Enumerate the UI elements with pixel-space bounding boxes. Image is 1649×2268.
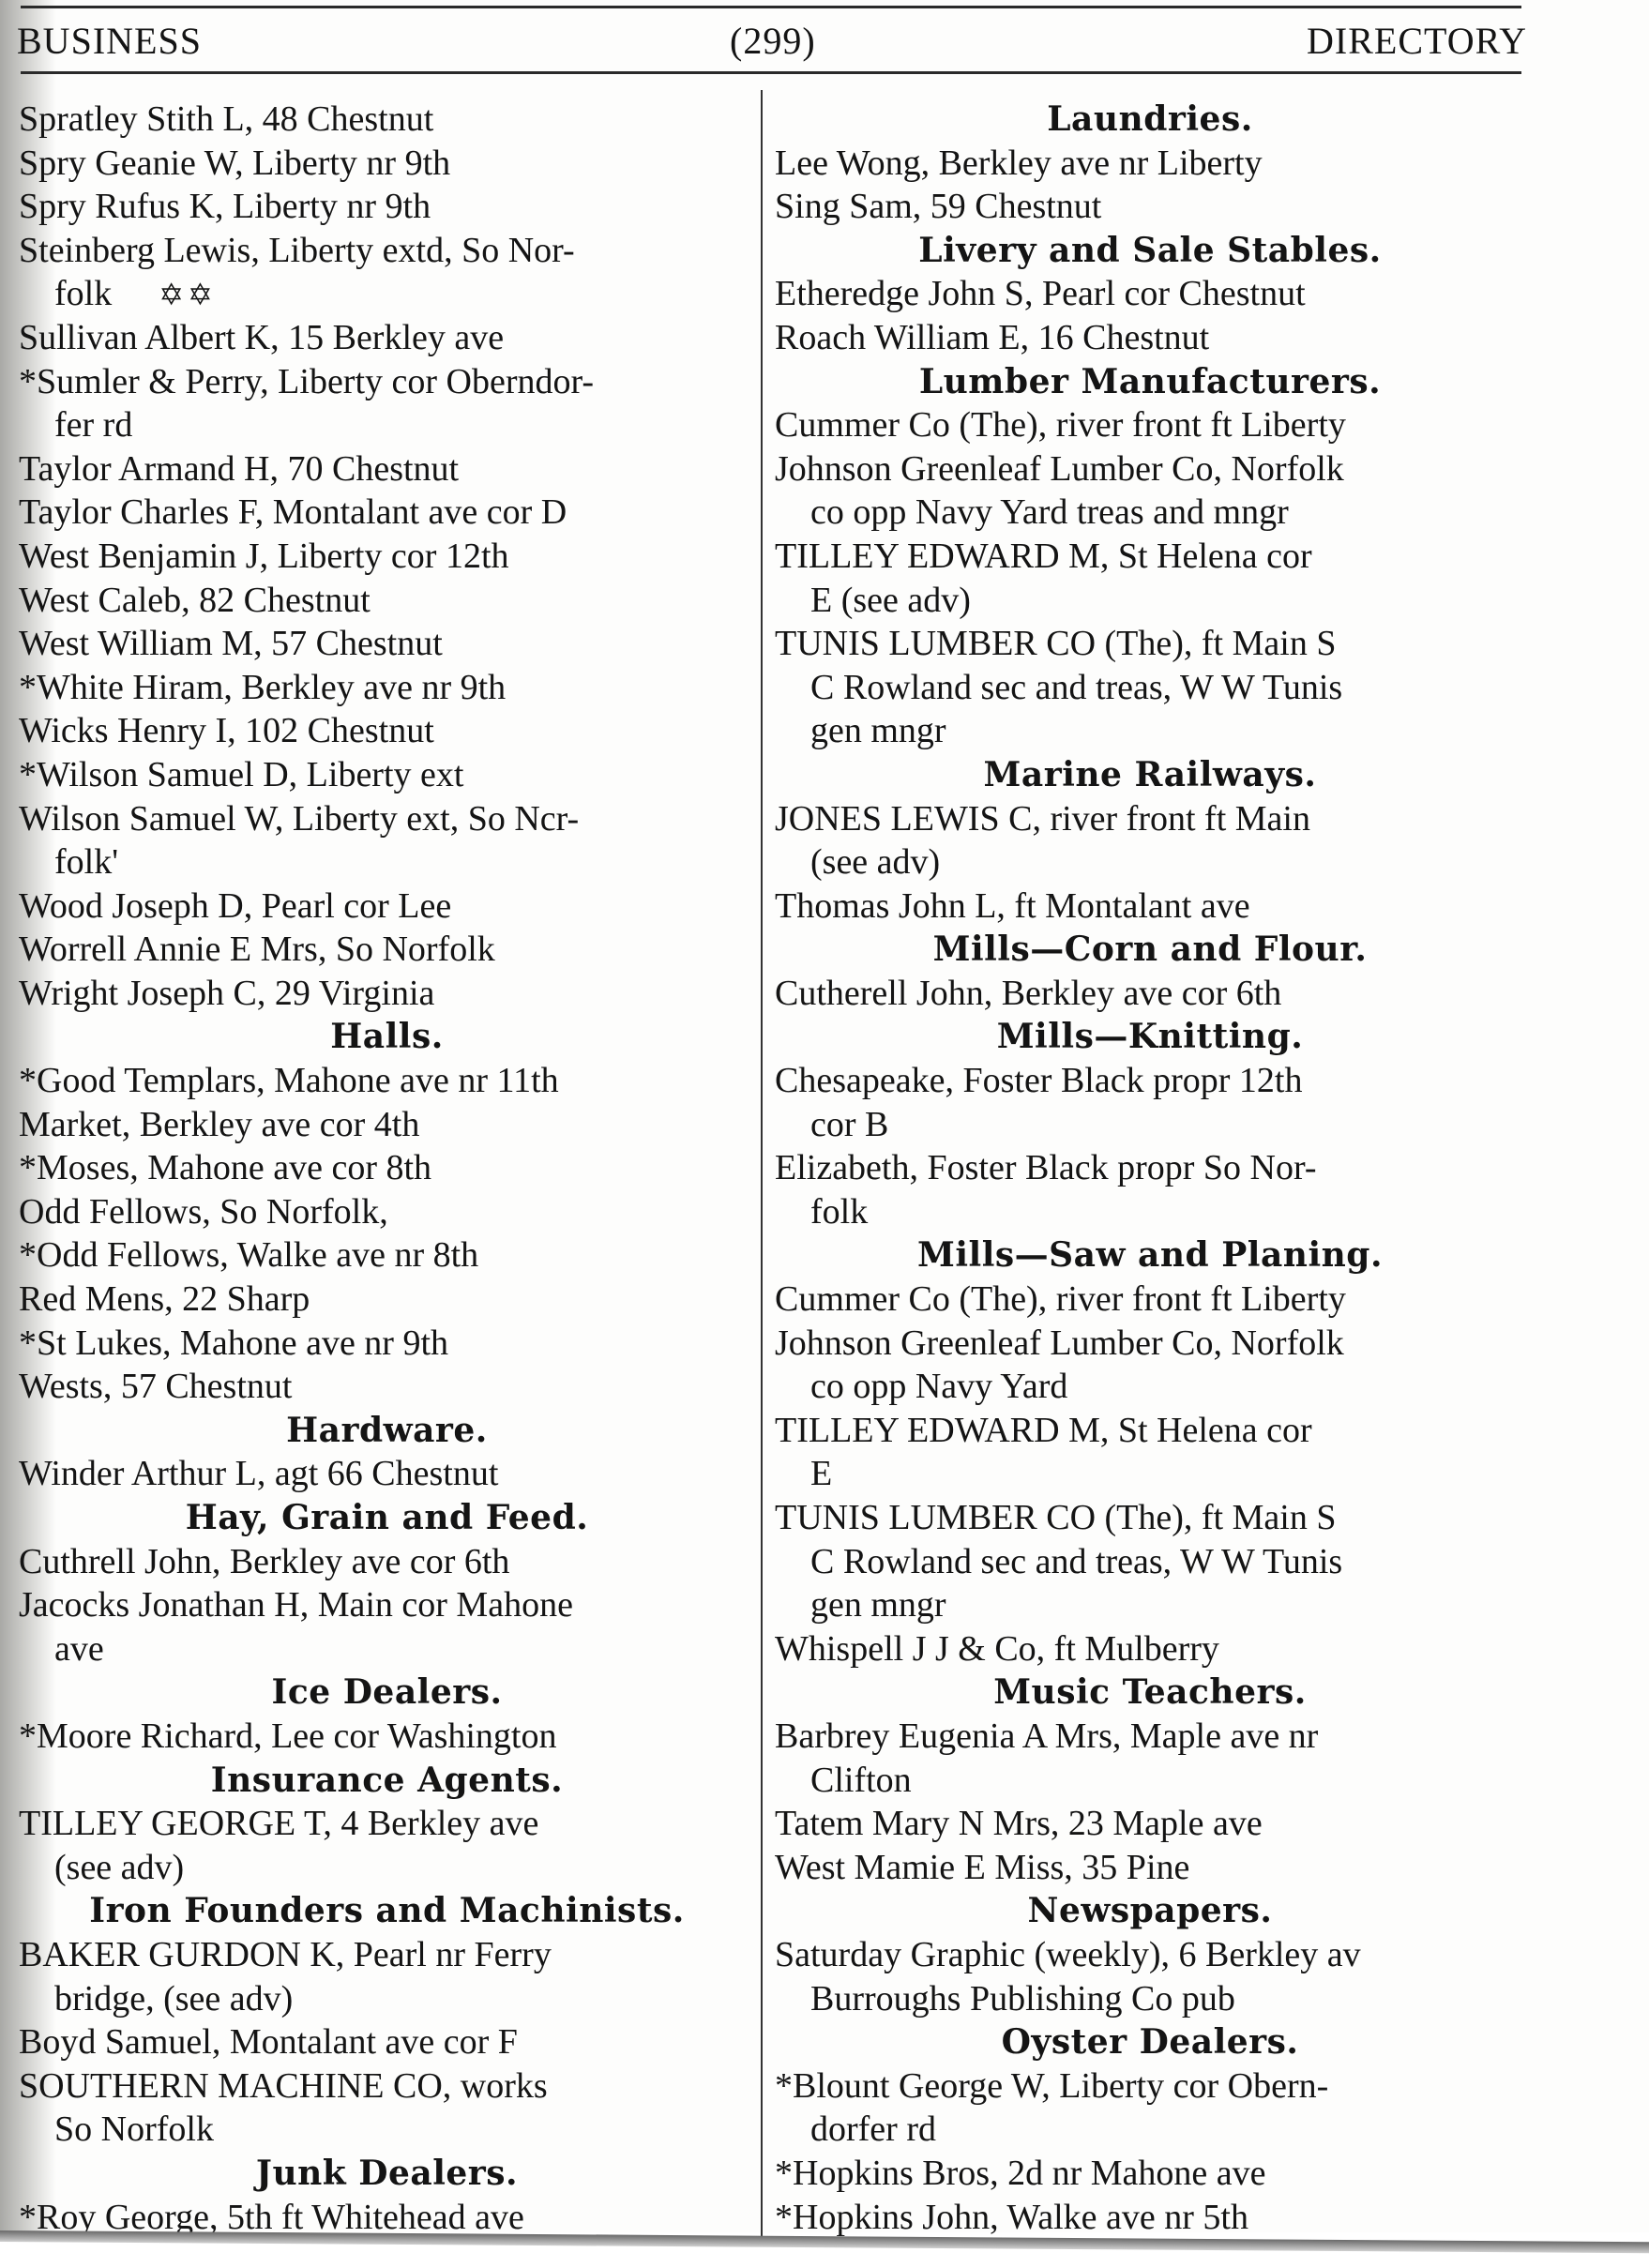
section-heading: Insurance Agents.	[19, 1759, 755, 1803]
directory-entry: Roach William E, 16 Chestnut	[775, 316, 1525, 360]
line-text: Barbrey Eugenia A Mrs, Maple ave nr	[775, 1716, 1318, 1756]
section-heading: Mills—Knitting.	[775, 1015, 1525, 1059]
line-text: Hay, Grain and Feed.	[186, 1498, 589, 1537]
line-text: Burroughs Publishing Co pub	[810, 1979, 1235, 2019]
directory-entry: *Hopkins Bros, 2d nr Mahone ave	[775, 2152, 1525, 2196]
line-text: *Good Templars, Mahone ave nr 11th	[19, 1061, 559, 1100]
entry-continuation: So Norfolk	[19, 2108, 755, 2152]
line-text: West Benjamin J, Liberty cor 12th	[19, 537, 509, 576]
line-text: So Norfolk	[54, 2109, 214, 2149]
directory-entry: TUNIS LUMBER CO (The), ft Main S	[775, 1496, 1525, 1540]
line-text: Taylor Armand H, 70 Chestnut	[19, 449, 459, 489]
line-text: Oyster Dealers.	[1002, 2022, 1299, 2062]
directory-entry: Spratley Stith L, 48 Chestnut	[19, 98, 755, 142]
line-text: TILLEY EDWARD M, St Helena cor	[775, 537, 1312, 576]
line-text: (see adv)	[810, 842, 940, 882]
directory-page: BUSINESS (299) DIRECTORY Spratley Stith …	[0, 0, 1649, 2232]
line-text: E (see adv)	[810, 581, 971, 620]
line-text: *Blount George W, Liberty cor Obern-	[775, 2066, 1328, 2106]
line-text: folk'	[54, 842, 118, 882]
line-text: Spry Geanie W, Liberty nr 9th	[19, 144, 450, 183]
line-text: Lee Wong, Berkley ave nr Liberty	[775, 144, 1263, 183]
left-column: Spratley Stith L, 48 ChestnutSpry Geanie…	[19, 98, 755, 2239]
header-top-rule	[21, 6, 1521, 8]
line-text: West Mamie E Miss, 35 Pine	[775, 1848, 1189, 1887]
directory-entry: TILLEY EDWARD M, St Helena cor	[775, 535, 1525, 579]
page-number: (299)	[730, 19, 816, 63]
directory-entry: Thomas John L, ft Montalant ave	[775, 885, 1525, 929]
section-heading: Marine Railways.	[775, 753, 1525, 797]
line-text: *St Lukes, Mahone ave nr 9th	[19, 1323, 448, 1363]
line-text: gen mngr	[810, 711, 946, 750]
star-of-david-icon: ✡✡	[159, 273, 217, 317]
line-text: *Moses, Mahone ave cor 8th	[19, 1148, 431, 1187]
line-text: Marine Railways.	[984, 755, 1317, 794]
entry-continuation: bridge, (see adv)	[19, 1977, 755, 2021]
line-text: West William M, 57 Chestnut	[19, 624, 443, 663]
entry-continuation: Burroughs Publishing Co pub	[775, 1977, 1525, 2021]
entry-continuation: ave	[19, 1627, 755, 1671]
directory-entry: Elizabeth, Foster Black propr So Nor-	[775, 1146, 1525, 1190]
line-text: Cutherell John, Berkley ave cor 6th	[775, 974, 1281, 1013]
line-text: folk	[54, 274, 112, 313]
entry-continuation: (see adv)	[775, 840, 1525, 885]
directory-entry: West Caleb, 82 Chestnut	[19, 579, 755, 623]
directory-entry: Lee Wong, Berkley ave nr Liberty	[775, 142, 1525, 186]
section-heading: Livery and Sale Stables.	[775, 229, 1525, 273]
line-text: Elizabeth, Foster Black propr So Nor-	[775, 1148, 1317, 1187]
entry-continuation: C Rowland sec and treas, W W Tunis	[775, 666, 1525, 710]
entry-continuation: folk✡✡	[19, 272, 755, 316]
line-text: dorfer rd	[810, 2109, 936, 2149]
line-text: Spry Rufus K, Liberty nr 9th	[19, 187, 431, 226]
right-column: Laundries.Lee Wong, Berkley ave nr Liber…	[775, 98, 1525, 2239]
line-text: Thomas John L, ft Montalant ave	[775, 886, 1250, 926]
line-text: Halls.	[330, 1017, 444, 1056]
directory-entry: *Good Templars, Mahone ave nr 11th	[19, 1059, 755, 1103]
line-text: Chesapeake, Foster Black propr 12th	[775, 1061, 1302, 1100]
directory-entry: Taylor Charles F, Montalant ave cor D	[19, 491, 755, 535]
entry-continuation: folk	[775, 1190, 1525, 1234]
line-text: *Sumler & Perry, Liberty cor Oberndor-	[19, 362, 594, 401]
directory-entry: Boyd Samuel, Montalant ave cor F	[19, 2020, 755, 2064]
directory-entry: Spry Rufus K, Liberty nr 9th	[19, 185, 755, 229]
directory-entry: Sing Sam, 59 Chestnut	[775, 185, 1525, 229]
line-text: Worrell Annie E Mrs, So Norfolk	[19, 930, 495, 969]
line-text: Iron Founders and Machinists.	[89, 1891, 685, 1930]
line-text: Johnson Greenleaf Lumber Co, Norfolk	[775, 449, 1344, 489]
entry-continuation: folk'	[19, 840, 755, 885]
entry-continuation: cor B	[775, 1103, 1525, 1147]
line-text: fer rd	[54, 405, 132, 445]
line-text: Insurance Agents.	[211, 1761, 563, 1800]
directory-entry: *Blount George W, Liberty cor Obern-	[775, 2064, 1525, 2109]
directory-entry: Cummer Co (The), river front ft Liberty	[775, 403, 1525, 447]
directory-entry: Spry Geanie W, Liberty nr 9th	[19, 142, 755, 186]
section-heading: Hay, Grain and Feed.	[19, 1496, 755, 1540]
directory-entry: Cuthrell John, Berkley ave cor 6th	[19, 1540, 755, 1584]
directory-entry: Wicks Henry I, 102 Chestnut	[19, 709, 755, 753]
entry-continuation: fer rd	[19, 403, 755, 447]
line-text: Spratley Stith L, 48 Chestnut	[19, 99, 433, 139]
line-text: Taylor Charles F, Montalant ave cor D	[19, 492, 567, 532]
column-divider	[761, 90, 763, 2238]
directory-entry: SOUTHERN MACHINE CO, works	[19, 2064, 755, 2109]
line-text: bridge, (see adv)	[54, 1979, 293, 2019]
directory-entry: *Moore Richard, Lee cor Washington	[19, 1715, 755, 1759]
line-text: TILLEY GEORGE T, 4 Berkley ave	[19, 1804, 538, 1843]
line-text: C Rowland sec and treas, W W Tunis	[810, 1542, 1342, 1581]
directory-entry: Jacocks Jonathan H, Main cor Mahone	[19, 1583, 755, 1627]
line-text: Tatem Mary N Mrs, 23 Maple ave	[775, 1804, 1263, 1843]
directory-entry: Odd Fellows, So Norfolk,	[19, 1190, 755, 1234]
directory-entry: Red Mens, 22 Sharp	[19, 1278, 755, 1322]
directory-entry: Barbrey Eugenia A Mrs, Maple ave nr	[775, 1715, 1525, 1759]
directory-entry: Whispell J J & Co, ft Mulberry	[775, 1627, 1525, 1671]
line-text: Mills—Saw and Planing.	[917, 1235, 1383, 1275]
directory-entry: Wood Joseph D, Pearl cor Lee	[19, 885, 755, 929]
directory-entry: Wilson Samuel W, Liberty ext, So Ncr-	[19, 797, 755, 841]
line-text: Wright Joseph C, 29 Virginia	[19, 974, 434, 1013]
entry-continuation: E	[775, 1452, 1525, 1496]
section-heading: Hardware.	[19, 1409, 755, 1453]
line-text: Ice Dealers.	[272, 1672, 503, 1712]
directory-entry: TUNIS LUMBER CO (The), ft Main S	[775, 622, 1525, 666]
line-text: co opp Navy Yard	[810, 1367, 1067, 1406]
directory-entry: Wests, 57 Chestnut	[19, 1365, 755, 1409]
directory-entry: Johnson Greenleaf Lumber Co, Norfolk	[775, 1322, 1525, 1366]
section-heading: Music Teachers.	[775, 1671, 1525, 1715]
directory-entry: Worrell Annie E Mrs, So Norfolk	[19, 928, 755, 972]
entry-continuation: (see adv)	[19, 1846, 755, 1890]
header-right-title: DIRECTORY	[1307, 19, 1527, 63]
header-left-title: BUSINESS	[17, 19, 202, 63]
line-text: Boyd Samuel, Montalant ave cor F	[19, 2022, 518, 2062]
line-text: BAKER GURDON K, Pearl nr Ferry	[19, 1935, 552, 1974]
line-text: Mills—Knitting.	[997, 1017, 1304, 1056]
line-text: Cummer Co (The), river front ft Liberty	[775, 1279, 1346, 1319]
line-text: (see adv)	[54, 1848, 184, 1887]
directory-entry: *St Lukes, Mahone ave nr 9th	[19, 1322, 755, 1366]
line-text: Wicks Henry I, 102 Chestnut	[19, 711, 434, 750]
section-heading: Newspapers.	[775, 1889, 1525, 1933]
line-text: Laundries.	[1047, 99, 1253, 139]
line-text: E	[810, 1454, 832, 1493]
line-text: *Hopkins John, Walke ave nr 5th	[775, 2198, 1248, 2237]
line-text: Mills—Corn and Flour.	[933, 930, 1368, 969]
line-text: Wests, 57 Chestnut	[19, 1367, 292, 1406]
entry-continuation: gen mngr	[775, 709, 1525, 753]
directory-entry: West William M, 57 Chestnut	[19, 622, 755, 666]
entry-continuation: co opp Navy Yard treas and mngr	[775, 491, 1525, 535]
directory-entry: West Mamie E Miss, 35 Pine	[775, 1846, 1525, 1890]
line-text: SOUTHERN MACHINE CO, works	[19, 2066, 548, 2106]
directory-entry: Taylor Armand H, 70 Chestnut	[19, 447, 755, 491]
line-text: *Wilson Samuel D, Liberty ext	[19, 755, 463, 794]
entry-continuation: dorfer rd	[775, 2108, 1525, 2152]
line-text: cor B	[810, 1105, 888, 1144]
line-text: Sullivan Albert K, 15 Berkley ave	[19, 318, 504, 357]
line-text: Wood Joseph D, Pearl cor Lee	[19, 886, 451, 926]
line-text: *Moore Richard, Lee cor Washington	[19, 1716, 556, 1756]
directory-entry: TILLEY EDWARD M, St Helena cor	[775, 1409, 1525, 1453]
line-text: Market, Berkley ave cor 4th	[19, 1105, 419, 1144]
line-text: Hardware.	[286, 1411, 488, 1450]
entry-continuation: gen mngr	[775, 1583, 1525, 1627]
page-header: BUSINESS (299) DIRECTORY	[17, 13, 1527, 69]
directory-entry: Tatem Mary N Mrs, 23 Maple ave	[775, 1802, 1525, 1846]
section-heading: Oyster Dealers.	[775, 2020, 1525, 2064]
line-text: C Rowland sec and treas, W W Tunis	[810, 668, 1342, 707]
line-text: JONES LEWIS C, river front ft Main	[775, 799, 1310, 839]
line-text: Sing Sam, 59 Chestnut	[775, 187, 1101, 226]
directory-entry: *White Hiram, Berkley ave nr 9th	[19, 666, 755, 710]
line-text: Cuthrell John, Berkley ave cor 6th	[19, 1542, 509, 1581]
line-text: Red Mens, 22 Sharp	[19, 1279, 310, 1319]
line-text: Odd Fellows, So Norfolk,	[19, 1192, 388, 1232]
directory-entry: JONES LEWIS C, river front ft Main	[775, 797, 1525, 841]
line-text: Whispell J J & Co, ft Mulberry	[775, 1629, 1219, 1669]
directory-entry: Market, Berkley ave cor 4th	[19, 1103, 755, 1147]
directory-entry: Sullivan Albert K, 15 Berkley ave	[19, 316, 755, 360]
line-text: Music Teachers.	[993, 1672, 1307, 1712]
line-text: TUNIS LUMBER CO (The), ft Main S	[775, 624, 1336, 663]
entry-continuation: E (see adv)	[775, 579, 1525, 623]
directory-entry: *Sumler & Perry, Liberty cor Oberndor-	[19, 360, 755, 404]
line-text: *White Hiram, Berkley ave nr 9th	[19, 668, 506, 707]
section-heading: Mills—Corn and Flour.	[775, 928, 1525, 972]
directory-entry: *Moses, Mahone ave cor 8th	[19, 1146, 755, 1190]
line-text: TILLEY EDWARD M, St Helena cor	[775, 1411, 1312, 1450]
line-text: Lumber Manufacturers.	[919, 362, 1381, 401]
line-text: Wilson Samuel W, Liberty ext, So Ncr-	[19, 799, 579, 839]
line-text: *Odd Fellows, Walke ave nr 8th	[19, 1235, 478, 1275]
line-text: Clifton	[810, 1761, 912, 1800]
line-text: Junk Dealers.	[256, 2154, 518, 2193]
line-text: Etheredge John S, Pearl cor Chestnut	[775, 274, 1306, 313]
directory-entry: Wright Joseph C, 29 Virginia	[19, 972, 755, 1016]
directory-entry: TILLEY GEORGE T, 4 Berkley ave	[19, 1802, 755, 1846]
section-heading: Junk Dealers.	[19, 2152, 755, 2196]
entry-continuation: co opp Navy Yard	[775, 1365, 1525, 1409]
section-heading: Halls.	[19, 1015, 755, 1059]
line-text: folk	[810, 1192, 868, 1232]
directory-entry: BAKER GURDON K, Pearl nr Ferry	[19, 1933, 755, 1977]
line-text: ave	[54, 1629, 104, 1669]
line-text: West Caleb, 82 Chestnut	[19, 581, 371, 620]
header-bottom-rule	[21, 71, 1521, 74]
section-heading: Iron Founders and Machinists.	[19, 1889, 755, 1933]
directory-entry: *Hopkins John, Walke ave nr 5th	[775, 2196, 1525, 2240]
directory-entry: *Odd Fellows, Walke ave nr 8th	[19, 1233, 755, 1278]
section-heading: Ice Dealers.	[19, 1671, 755, 1715]
directory-entry: Chesapeake, Foster Black propr 12th	[775, 1059, 1525, 1103]
line-text: TUNIS LUMBER CO (The), ft Main S	[775, 1498, 1336, 1537]
directory-entry: Etheredge John S, Pearl cor Chestnut	[775, 272, 1525, 316]
line-text: co opp Navy Yard treas and mngr	[810, 492, 1289, 532]
entry-continuation: C Rowland sec and treas, W W Tunis	[775, 1540, 1525, 1584]
line-text: *Hopkins Bros, 2d nr Mahone ave	[775, 2154, 1265, 2193]
line-text: Winder Arthur L, agt 66 Chestnut	[19, 1454, 498, 1493]
directory-entry: Cummer Co (The), river front ft Liberty	[775, 1278, 1525, 1322]
directory-entry: Winder Arthur L, agt 66 Chestnut	[19, 1452, 755, 1496]
line-text: Steinberg Lewis, Liberty extd, So Nor-	[19, 231, 575, 270]
line-text: Roach William E, 16 Chestnut	[775, 318, 1209, 357]
directory-entry: *Wilson Samuel D, Liberty ext	[19, 753, 755, 797]
line-text: Livery and Sale Stables.	[918, 231, 1381, 270]
section-heading: Lumber Manufacturers.	[775, 360, 1525, 404]
line-text: Jacocks Jonathan H, Main cor Mahone	[19, 1585, 573, 1625]
line-text: Cummer Co (The), river front ft Liberty	[775, 405, 1346, 445]
directory-entry: West Benjamin J, Liberty cor 12th	[19, 535, 755, 579]
directory-entry: Cutherell John, Berkley ave cor 6th	[775, 972, 1525, 1016]
line-text: Johnson Greenleaf Lumber Co, Norfolk	[775, 1323, 1344, 1363]
directory-entry: Johnson Greenleaf Lumber Co, Norfolk	[775, 447, 1525, 491]
section-heading: Laundries.	[775, 98, 1525, 142]
line-text: Newspapers.	[1028, 1891, 1273, 1930]
line-text: Saturday Graphic (weekly), 6 Berkley av	[775, 1935, 1361, 1974]
section-heading: Mills—Saw and Planing.	[775, 1233, 1525, 1278]
entry-continuation: Clifton	[775, 1759, 1525, 1803]
line-text: gen mngr	[810, 1585, 946, 1625]
directory-entry: Steinberg Lewis, Liberty extd, So Nor-	[19, 229, 755, 273]
directory-entry: Saturday Graphic (weekly), 6 Berkley av	[775, 1933, 1525, 1977]
